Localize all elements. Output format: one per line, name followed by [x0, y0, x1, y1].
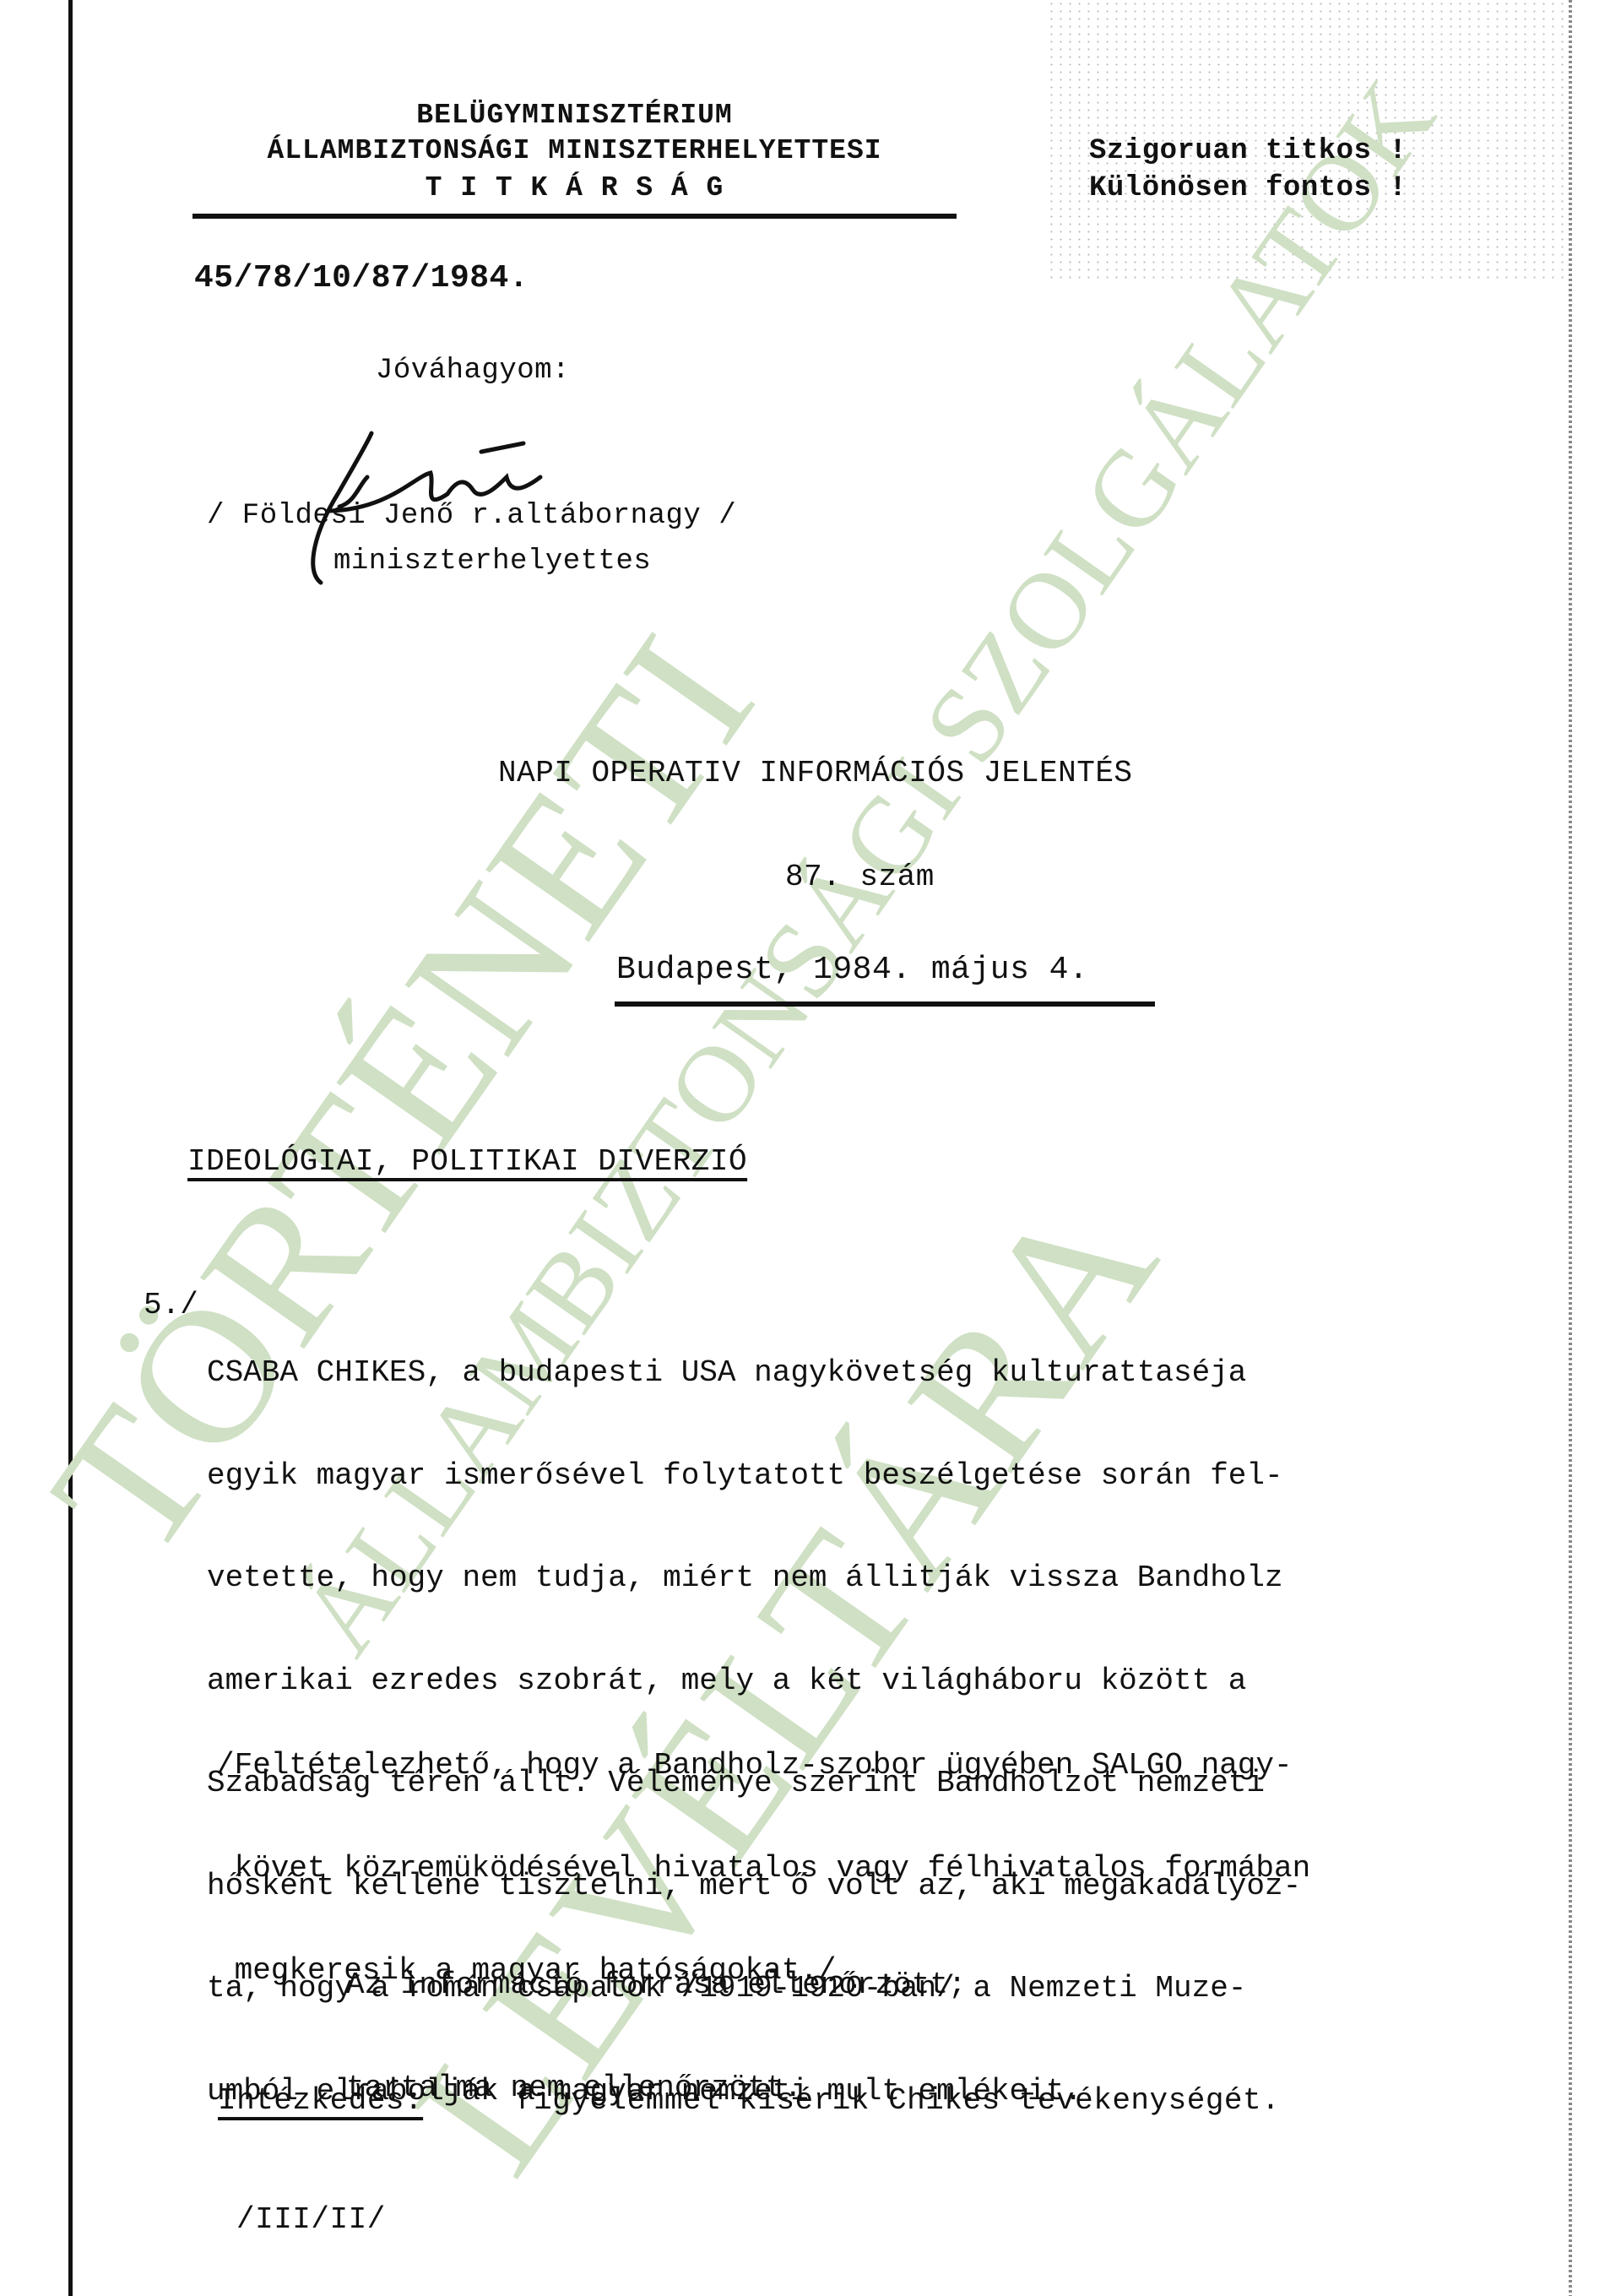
signature-icon	[287, 426, 591, 595]
note-line: követ közremüködésével hivatalos vagy fé…	[216, 1852, 1310, 1886]
note-line: /Feltételezhető, hogy a Bandholz-szobor …	[216, 1749, 1310, 1783]
header-rule	[192, 214, 957, 219]
item-number: 5./	[144, 1288, 198, 1322]
report-place-date: Budapest, 1984. május 4.	[616, 952, 1088, 988]
body-line: vetette, hogy nem tudja, miért nem állit…	[207, 1561, 1301, 1596]
classification-secret: Szigoruan titkos !	[1089, 135, 1407, 167]
report-title: NAPI OPERATIV INFORMÁCIÓS JELENTÉS	[498, 756, 1133, 790]
page-left-border	[68, 0, 73, 2296]
section-heading: IDEOLÓGIAI, POLITIKAI DIVERZIÓ	[187, 1144, 747, 1179]
header-office: T I T K Á R S Á G	[192, 172, 957, 204]
header-ministry: BELÜGYMINISZTÉRIUM	[192, 100, 957, 131]
reference-number: 45/78/10/87/1984.	[194, 260, 529, 296]
date-rule	[615, 1001, 1155, 1007]
action-text: figyelemmel kisérik Chikes tevékenységét…	[515, 2083, 1280, 2118]
body-line: CSABA CHIKES, a budapesti USA nagykövets…	[207, 1356, 1301, 1391]
distribution-code: /III/II/	[236, 2202, 386, 2237]
approval-label: Jóváhagyom:	[376, 355, 570, 387]
body-line: egyik magyar ismerősével folytatott besz…	[207, 1459, 1301, 1494]
classification-important: Különösen fontos !	[1089, 172, 1407, 204]
page-outside-margin	[1572, 0, 1621, 2296]
verification-note: Az információ forrása ellenőrzött; tarta…	[346, 1900, 967, 2174]
scanned-document-page: TÖRTÉNETI ÁLLAMBIZTONSÁGI SZOLGÁLATOK LE…	[0, 0, 1621, 2296]
verification-line: Az információ forrása ellenőrzött;	[346, 1968, 967, 2003]
header-department: ÁLLAMBIZTONSÁGI MINISZTERHELYETTESI	[192, 135, 957, 166]
report-number: 87. szám	[785, 860, 935, 894]
action-label: Intézkedés:	[218, 2083, 423, 2118]
